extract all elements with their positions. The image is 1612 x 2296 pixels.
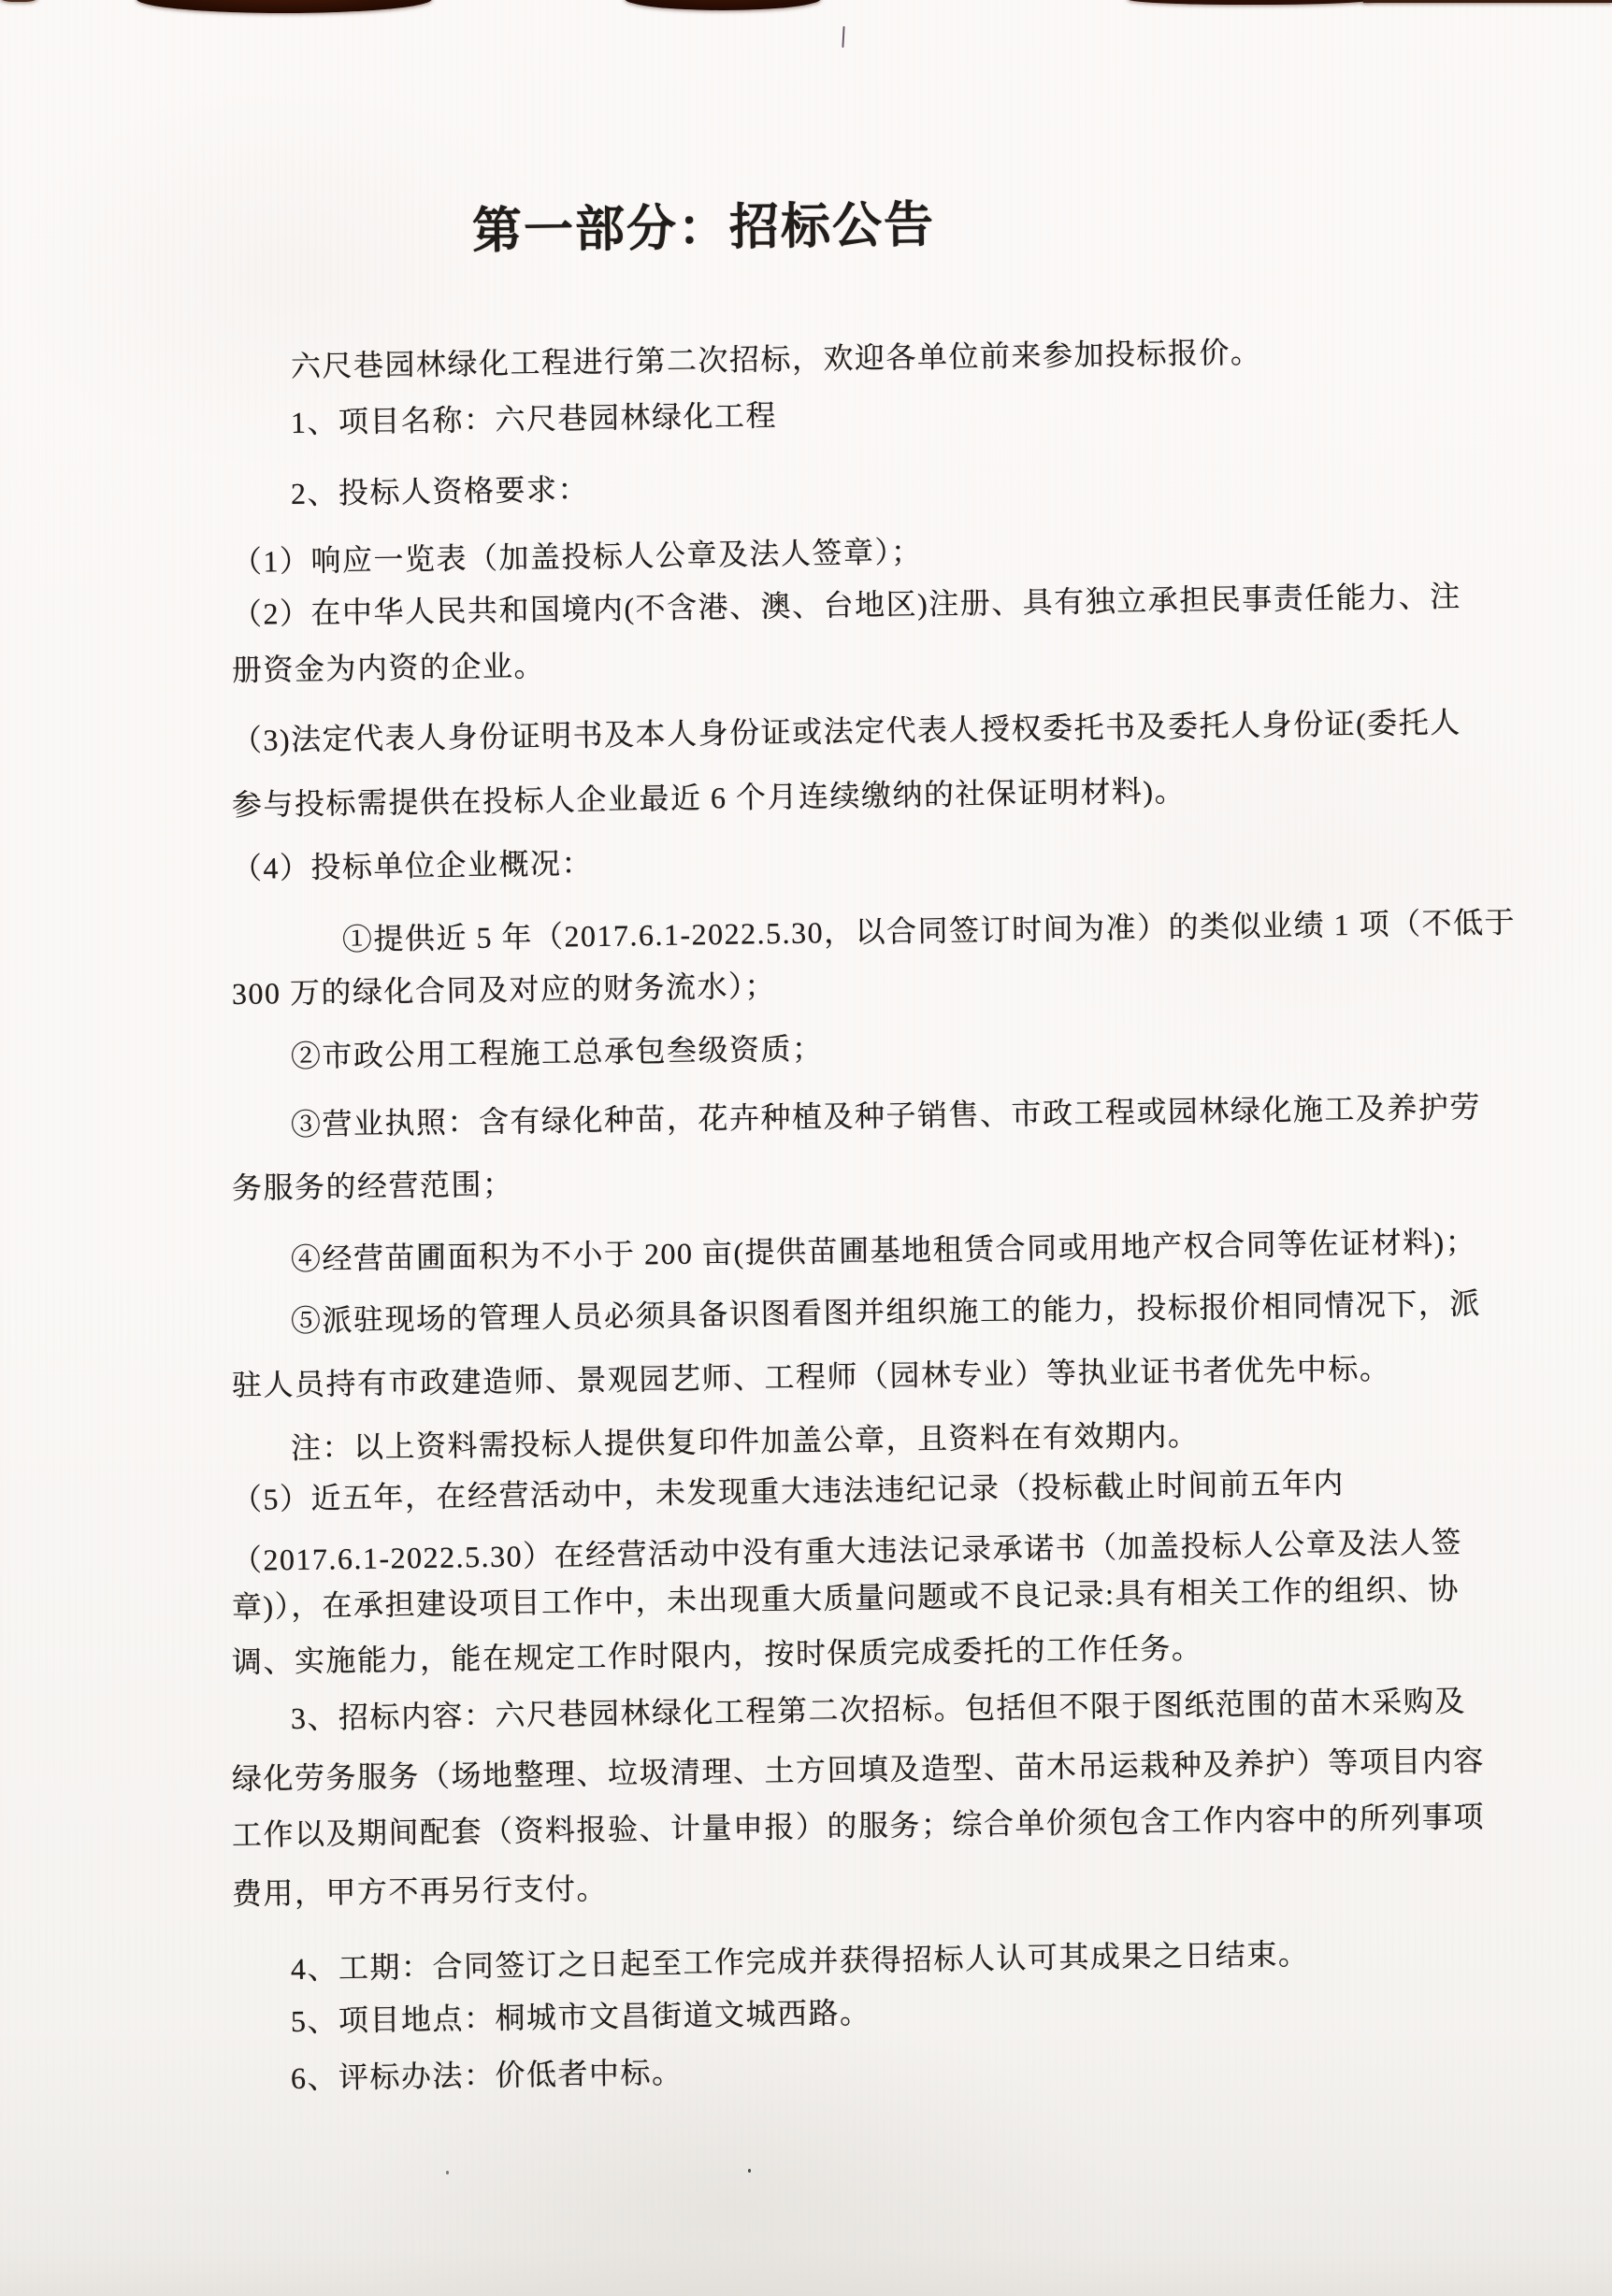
document-line: 5、项目地点：桐城市文昌街道文城西路。	[291, 1994, 871, 2040]
document-line: ③营业执照：含有绿化种苗，花卉种植及种子销售、市政工程或园林绿化施工及养护劳	[291, 1088, 1481, 1143]
document-line: 六尺巷园林绿化工程进行第二次招标，欢迎各单位前来参加投标报价。	[291, 334, 1262, 385]
document-line: 工作以及期间配套（资料报验、计量申报）的服务；综合单价须包含工作内容中的所列事项	[232, 1798, 1485, 1854]
document-line: （2）在中华人民共和国境内(不含港、澳、台地区)注册、具有独立承担民事责任能力、…	[232, 577, 1461, 633]
document-line: 注：以上资料需投标人提供复印件加盖公章，且资料在有效期内。	[291, 1416, 1200, 1467]
document-line: 章)），在承担建设项目工作中，未出现重大质量问题或不良记录:具有相关工作的组织、…	[232, 1571, 1461, 1626]
document-line: 3、招标内容：六尺巷园林绿化工程第二次招标。包括但不限于图纸范围的苗木采购及	[291, 1682, 1466, 1737]
document-line: ④经营苗圃面积为不小于 200 亩(提供苗圃基地租赁合同或用地产权合同等佐证材料…	[291, 1223, 1477, 1278]
document-line: 费用，甲方不再另行支付。	[232, 1870, 609, 1913]
document-title: 第一部分：招标公告	[472, 197, 936, 260]
document-sheet: 第一部分：招标公告 六尺巷园林绿化工程进行第二次招标，欢迎各单位前来参加投标报价…	[0, 0, 1612, 2296]
document-line: 调、实施能力，能在规定工作时限内，按时保质完成委托的工作任务。	[232, 1629, 1203, 1681]
document-line: ⑤派驻现场的管理人员必须具备识图看图并组织施工的能力，投标报价相同情况下，派	[291, 1284, 1481, 1340]
document-line: 务服务的经营范围；	[232, 1166, 514, 1207]
document-line: ①提供近 5 年（2017.6.1-2022.5.30，以合同签订时间为准）的类…	[342, 903, 1517, 958]
document-line: 绿化劳务服务（场地整理、垃圾清理、土方回填及造型、苗木吊运栽种及养护）等项目内容	[232, 1742, 1485, 1798]
document-line: 参与投标需提供在投标人企业最近 6 个月连续缴纳的社保证明材料)。	[232, 772, 1187, 824]
document-line: （5）近五年，在经营活动中，未发现重大违法违纪记录（投标截止时间前五年内	[232, 1464, 1345, 1518]
document-line: ②市政公用工程施工总承包叁级资质；	[291, 1030, 824, 1075]
document-line: （2017.6.1-2022.5.30）在经营活动中没有重大违法记录承诺书（加盖…	[232, 1523, 1463, 1579]
document-line: 300 万的绿化合同及对应的财务流水）；	[232, 967, 777, 1012]
document-line: 6、评标办法：价低者中标。	[291, 2054, 684, 2097]
document-line: 4、工期：合同签订之日起至工作完成并获得招标人认可其成果之日结束。	[291, 1935, 1310, 1987]
document-line: 驻人员持有市政建造师、景观园艺师、工程师（园林专业）等执业证书者优先中标。	[232, 1350, 1391, 1404]
document-line: 册资金为内资的企业。	[232, 647, 546, 689]
document-line: 2、投标人资格要求：	[291, 470, 590, 512]
document-line: （4）投标单位企业概况：	[232, 844, 594, 887]
document-line: （3)法定代表人身份证明书及本人身份证或法定代表人授权委托书及委托人身份证(委托…	[232, 703, 1461, 759]
document-line: 1、项目名称：六尺巷园林绿化工程	[291, 396, 778, 441]
scanned-page: 第一部分：招标公告 六尺巷园林绿化工程进行第二次招标，欢迎各单位前来参加投标报价…	[0, 0, 1612, 2296]
document-line: （1）响应一览表（加盖投标人公章及法人签章）；	[232, 533, 923, 581]
